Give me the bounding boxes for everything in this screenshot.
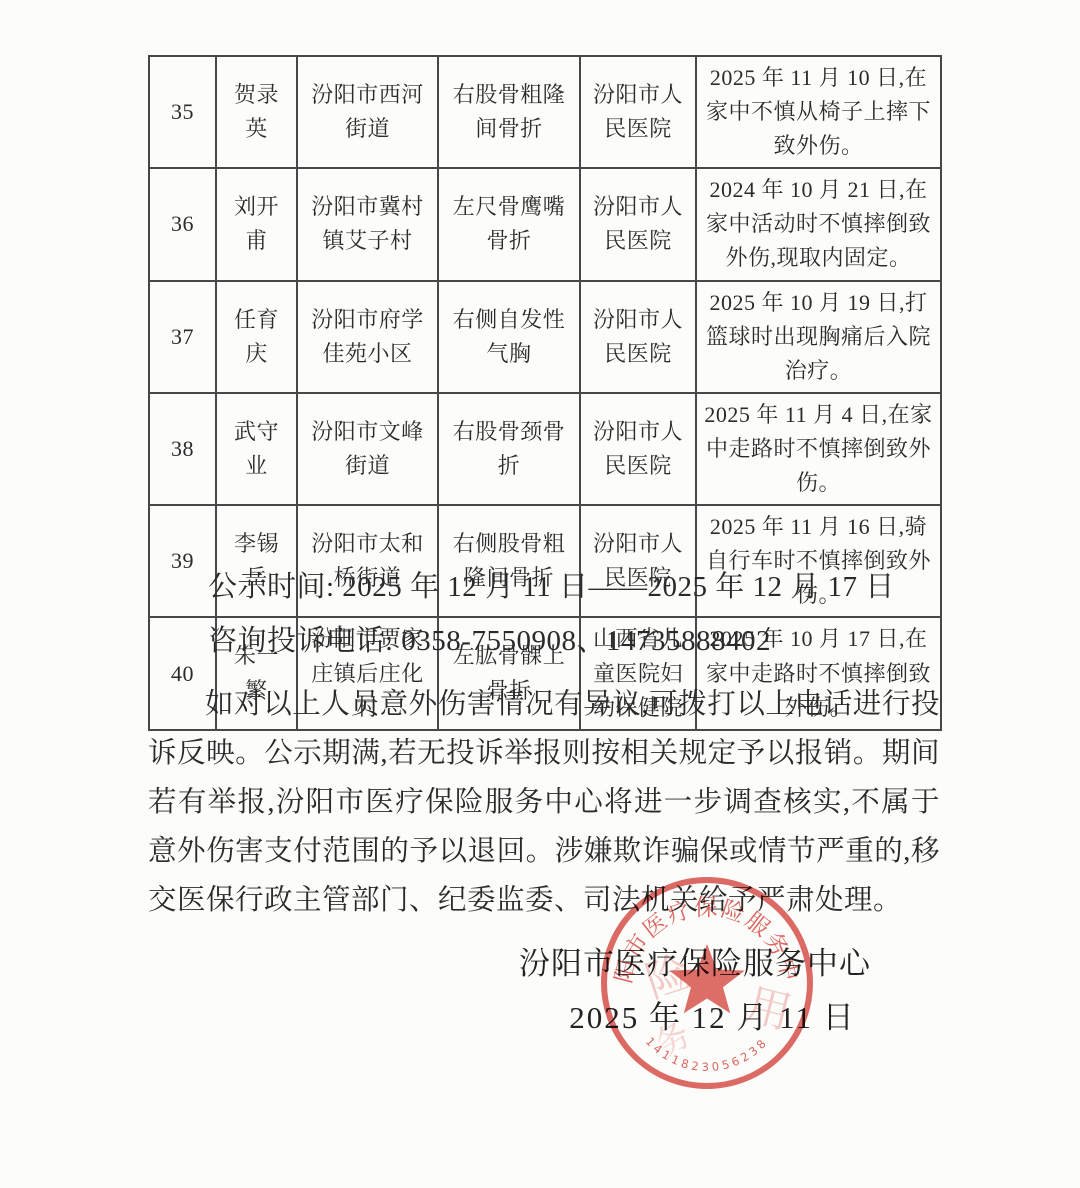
cell-address: 汾阳市府学佳苑小区 (297, 281, 438, 393)
cell-hospital: 汾阳市人民医院 (580, 168, 696, 280)
cell-injury: 右股骨颈骨折 (438, 393, 580, 505)
notice-body: 公示时间: 2025 年 12 月 11 日——2025 年 12 月 17 日… (148, 565, 940, 925)
cell-hospital: 汾阳市人民医院 (580, 56, 696, 168)
cell-no: 35 (149, 56, 216, 168)
cell-note: 2024 年 10 月 21 日,在家中活动时不慎摔倒致外伤,现取内固定。 (696, 168, 941, 280)
cell-address: 汾阳市西河街道 (297, 56, 438, 168)
seal-code-number: 1411823056238 (643, 1034, 771, 1074)
table-row: 38 武守业 汾阳市文峰街道 右股骨颈骨折 汾阳市人民医院 2025 年 11 … (149, 393, 941, 505)
table-row: 37 任育庆 汾阳市府学佳苑小区 右侧自发性气胸 汾阳市人民医院 2025 年 … (149, 281, 941, 393)
cell-no: 38 (149, 393, 216, 505)
cell-injury: 左尺骨鹰嘴骨折 (438, 168, 580, 280)
cell-injury: 右侧自发性气胸 (438, 281, 580, 393)
cell-no: 37 (149, 281, 216, 393)
svg-text:1411823056238: 1411823056238 (643, 1034, 771, 1074)
cell-address: 汾阳市文峰街道 (297, 393, 438, 505)
cell-hospital: 汾阳市人民医院 (580, 393, 696, 505)
table-row: 36 刘开甫 汾阳市冀村镇艾子村 左尺骨鹰嘴骨折 汾阳市人民医院 2024 年 … (149, 168, 941, 280)
cell-note: 2025 年 11 月 10 日,在家中不慎从椅子上摔下致外伤。 (696, 56, 941, 168)
signature-organization: 汾阳市医疗保险服务中心 (420, 938, 970, 983)
scanned-public-notice-page: 35 贺录英 汾阳市西河街道 右股骨粗隆间骨折 汾阳市人民医院 2025 年 1… (0, 0, 1080, 1188)
notice-paragraph: 如对以上人员意外伤害情况有异议,可拨打以上电话进行投诉反映。公示期满,若无投诉举… (148, 680, 940, 925)
cell-address: 汾阳市冀村镇艾子村 (297, 168, 438, 280)
cell-name: 贺录英 (216, 56, 297, 168)
cell-note: 2025 年 11 月 4 日,在家中走路时不慎摔倒致外伤。 (696, 393, 941, 505)
publicity-period-line: 公示时间: 2025 年 12 月 11 日——2025 年 12 月 17 日 (148, 565, 940, 610)
complaint-phone-line: 咨询投诉电话: 0358-7550908、14735888402 (148, 619, 940, 664)
cell-no: 36 (149, 168, 216, 280)
cell-name: 任育庆 (216, 281, 297, 393)
signature-date: 2025 年 12 月 11 日 (440, 992, 985, 1037)
cell-injury: 右股骨粗隆间骨折 (438, 56, 580, 168)
cell-hospital: 汾阳市人民医院 (580, 281, 696, 393)
table-row: 35 贺录英 汾阳市西河街道 右股骨粗隆间骨折 汾阳市人民医院 2025 年 1… (149, 56, 941, 168)
cell-note: 2025 年 10 月 19 日,打篮球时出现胸痛后入院治疗。 (696, 281, 941, 393)
cell-name: 武守业 (216, 393, 297, 505)
cell-name: 刘开甫 (216, 168, 297, 280)
